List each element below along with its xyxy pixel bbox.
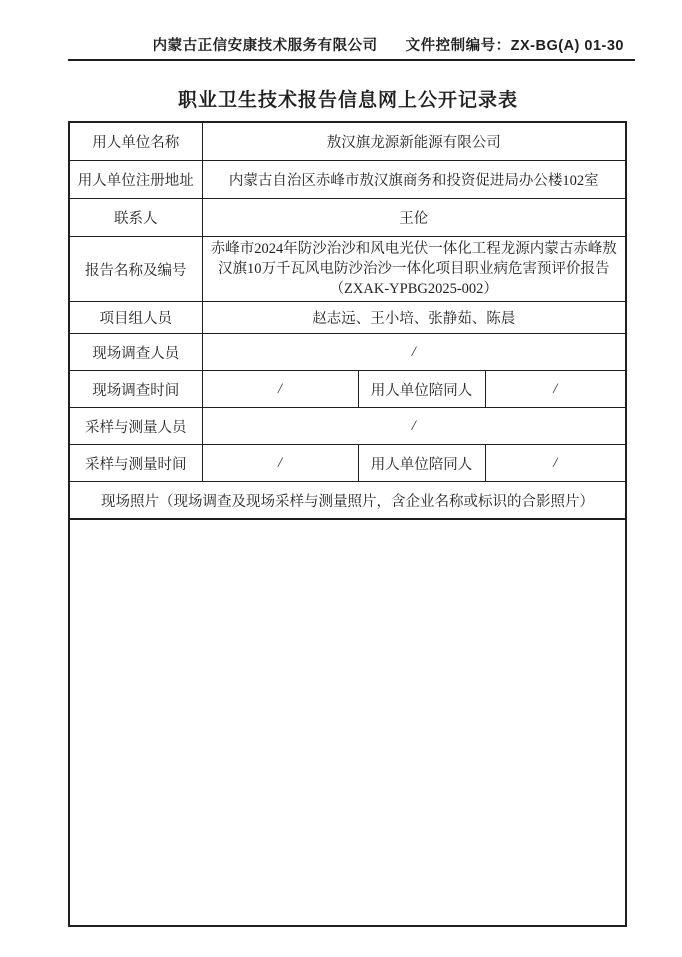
page-header: 内蒙古正信安康技术服务有限公司文件控制编号：ZX-BG(A) 01-30 <box>68 0 628 55</box>
photos-caption: 现场照片（现场调查及现场采样与测量照片，含企业名称或标识的合影照片） <box>69 482 626 520</box>
photos-empty-area <box>69 519 626 926</box>
company-name: 内蒙古正信安康技术服务有限公司 <box>153 38 378 54</box>
row-employer-name: 用人单位名称 敖汉旗龙源新能源有限公司 <box>69 122 626 161</box>
report-name-lines: 赤峰市2024年防沙治沙和风电光伏一体化工程龙源内蒙古赤峰敖 汉旗10万千瓦风电… <box>206 239 623 299</box>
row-employer-address: 用人单位注册地址 内蒙古自治区赤峰市敖汉旗商务和投资促进局办公楼102室 <box>69 161 626 199</box>
accompany-person-value-2: / <box>485 445 626 482</box>
sampling-staff-value: / <box>202 408 626 445</box>
site-survey-staff-value: / <box>202 334 626 371</box>
row-report-name: 报告名称及编号 赤峰市2024年防沙治沙和风电光伏一体化工程龙源内蒙古赤峰敖 汉… <box>69 237 626 302</box>
project-team-value: 赵志远、王小培、张静茹、陈晨 <box>202 302 626 334</box>
sampling-time-value: / <box>202 445 358 482</box>
row-photos-area <box>69 519 626 926</box>
report-name-line1: 赤峰市2024年防沙治沙和风电光伏一体化工程龙源内蒙古赤峰敖 <box>206 239 623 259</box>
contact-label: 联系人 <box>69 199 202 237</box>
site-survey-time-label: 现场调查时间 <box>69 371 202 408</box>
employer-name-label: 用人单位名称 <box>69 122 202 161</box>
site-survey-staff-label: 现场调查人员 <box>69 334 202 371</box>
document-content: 内蒙古正信安康技术服务有限公司文件控制编号：ZX-BG(A) 01-30 职业卫… <box>68 0 628 927</box>
row-site-survey-time: 现场调查时间 / 用人单位陪同人 / <box>69 371 626 408</box>
header-rule <box>68 59 635 61</box>
sampling-staff-label: 采样与测量人员 <box>69 408 202 445</box>
row-site-survey-staff: 现场调查人员 / <box>69 334 626 371</box>
report-name-line2: 汉旗10万千瓦风电防沙治沙一体化项目职业病危害预评价报告 <box>206 259 623 279</box>
contact-value: 王伦 <box>202 199 626 237</box>
report-number: （ZXAK-YPBG2025-002） <box>206 279 623 299</box>
accompany-person-value-1: / <box>485 371 626 408</box>
sampling-time-label: 采样与测量时间 <box>69 445 202 482</box>
row-sampling-staff: 采样与测量人员 / <box>69 408 626 445</box>
document-page: 内蒙古正信安康技术服务有限公司文件控制编号：ZX-BG(A) 01-30 职业卫… <box>0 0 682 957</box>
doc-control-number: 文件控制编号：ZX-BG(A) 01-30 <box>406 38 624 54</box>
project-team-label: 项目组人员 <box>69 302 202 334</box>
row-sampling-time: 采样与测量时间 / 用人单位陪同人 / <box>69 445 626 482</box>
site-survey-time-value: / <box>202 371 358 408</box>
row-project-team: 项目组人员 赵志远、王小培、张静茹、陈晨 <box>69 302 626 334</box>
report-value: 赤峰市2024年防沙治沙和风电光伏一体化工程龙源内蒙古赤峰敖 汉旗10万千瓦风电… <box>202 237 626 302</box>
record-form-table: 用人单位名称 敖汉旗龙源新能源有限公司 用人单位注册地址 内蒙古自治区赤峰市敖汉… <box>68 121 627 927</box>
report-label: 报告名称及编号 <box>69 237 202 302</box>
employer-address-label: 用人单位注册地址 <box>69 161 202 199</box>
accompany-person-label-1: 用人单位陪同人 <box>358 371 485 408</box>
employer-name-value: 敖汉旗龙源新能源有限公司 <box>202 122 626 161</box>
page-title: 职业卫生技术报告信息网上公开记录表 <box>68 85 628 112</box>
accompany-person-label-2: 用人单位陪同人 <box>358 445 485 482</box>
row-contact: 联系人 王伦 <box>69 199 626 237</box>
row-photos-caption: 现场照片（现场调查及现场采样与测量照片，含企业名称或标识的合影照片） <box>69 482 626 520</box>
employer-address-value: 内蒙古自治区赤峰市敖汉旗商务和投资促进局办公楼102室 <box>202 161 626 199</box>
